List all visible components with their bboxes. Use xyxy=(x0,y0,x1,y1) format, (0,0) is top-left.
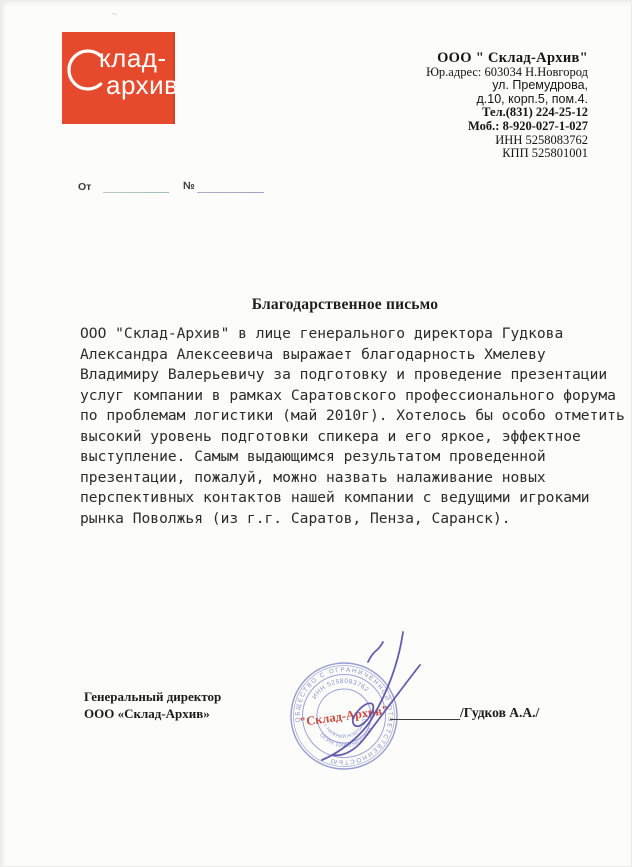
company-address-line: Юр.адрес: 603034 Н.Новгород xyxy=(426,66,588,80)
company-mobile: Моб.: 8-920-027-1-027 xyxy=(426,120,588,134)
body-line: по проблемам логистики (май 2010г). Хоте… xyxy=(80,406,628,427)
body-line: Владимиру Валерьевичу за подготовку и пр… xyxy=(80,365,628,386)
letter-title-row: Благодарственное письмо xyxy=(80,296,610,314)
body-line: презентации, пожалуй, можно назвать нала… xyxy=(80,468,628,489)
signature-line xyxy=(390,719,460,720)
body-line: ООО "Склад-Архив" в лице генерального ди… xyxy=(80,324,628,345)
company-address-line: ул. Премудрова, xyxy=(426,79,588,93)
company-logo: клад- архив xyxy=(62,32,175,124)
body-line: Александра Алексеевича выражает благодар… xyxy=(80,345,628,366)
company-name: ООО " Склад-Архив" xyxy=(426,52,588,66)
body-line: перспективных контактов нашей компании с… xyxy=(80,488,628,509)
number-blank-line xyxy=(197,192,264,193)
company-kpp: КПП 525801001 xyxy=(426,147,588,161)
company-address-line: д.10, корп.5, пом.4. xyxy=(426,93,588,107)
company-phone: Тел.(831) 224-25-12 xyxy=(426,106,588,120)
letter-title: Благодарственное письмо xyxy=(252,296,438,313)
body-line: выступление. Самым выдающимся результато… xyxy=(80,447,628,468)
body-line: рынка Поволжья (из г.г. Саратов, Пенза, … xyxy=(80,509,628,530)
letter-body: ООО "Склад-Архив" в лице генерального ди… xyxy=(80,324,628,529)
signatory-position-line2: ООО «Склад-Архив» xyxy=(84,705,221,722)
from-label: От xyxy=(78,181,91,193)
number-label: № xyxy=(183,180,195,192)
signatory-position-line1: Генеральный директор xyxy=(84,688,221,705)
signatory-position: Генеральный директор ООО «Склад-Архив» xyxy=(84,688,221,722)
scanned-letter-page: клад- архив ООО " Склад-Архив" Юр.адрес:… xyxy=(0,0,632,867)
body-line: услуг компании в рамках Саратовского про… xyxy=(80,386,628,407)
company-details: ООО " Склад-Архив" Юр.адрес: 603034 Н.Но… xyxy=(426,52,588,161)
from-blank-line xyxy=(103,192,169,193)
company-inn: ИНН 5258083762 xyxy=(426,134,588,148)
body-line: высокий уровень подготовки спикера и его… xyxy=(80,427,628,448)
handwritten-signature xyxy=(295,622,440,777)
logo-text-bottom: архив xyxy=(106,70,178,101)
scan-artifact-mark xyxy=(109,12,117,19)
signed-name: /Гудков А.А./ xyxy=(460,705,539,721)
